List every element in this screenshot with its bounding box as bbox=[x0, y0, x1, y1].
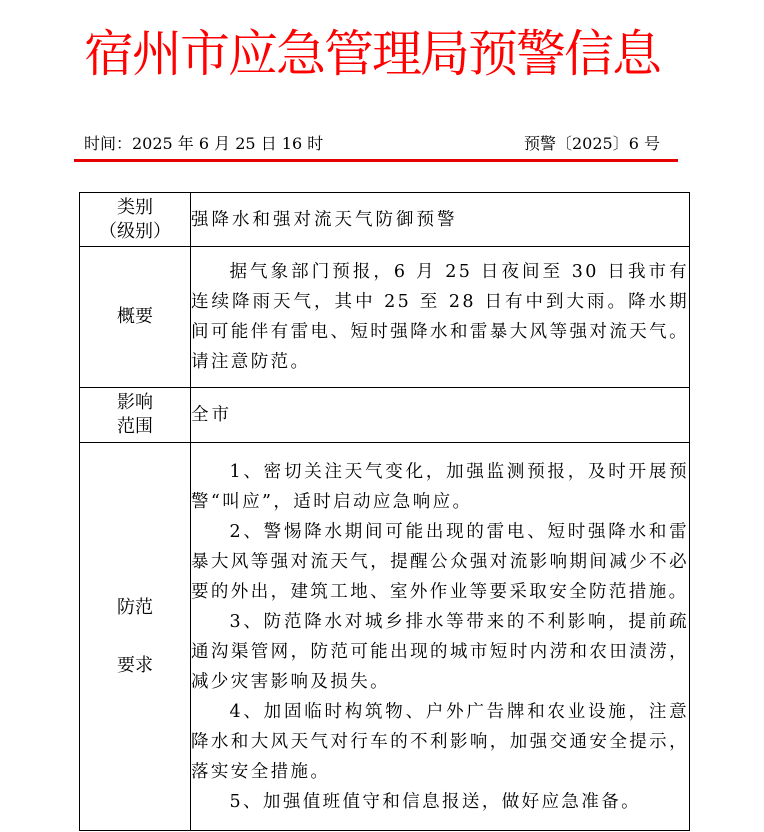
red-divider bbox=[74, 159, 678, 162]
category-value: 强降水和强对流天气防御预警 bbox=[191, 193, 690, 247]
summary-label-line-1: 概要 bbox=[80, 305, 190, 329]
warning-info-table: 类别 （级别） 强降水和强对流天气防御预警 概要 据气象部门预报，6 月 25 … bbox=[79, 192, 690, 831]
table-row-category: 类别 （级别） 强降水和强对流天气防御预警 bbox=[80, 193, 690, 247]
requirement-item-2: 2、警惕降水期间可能出现的雷电、短时强降水和雷暴大风等强对流天气，提醒公众强对流… bbox=[191, 517, 689, 607]
document-title: 宿州市应急管理局预警信息 bbox=[84, 20, 684, 88]
requirement-item-5: 5、加强值班值守和信息报送，做好应急准备。 bbox=[191, 787, 689, 817]
table-row-requirements: 防范 要求 1、密切关注天气变化，加强监测预报，及时开展预警“叫应”，适时启动应… bbox=[80, 443, 690, 831]
scope-label-line-1: 影响 bbox=[80, 391, 190, 415]
table-row-scope: 影响 范围 全市 bbox=[80, 388, 690, 443]
requirement-item-4: 4、加固临时构筑物、户外广告牌和农业设施，注意降水和大风天气对行车的不利影响，加… bbox=[191, 697, 689, 787]
scope-value: 全市 bbox=[191, 388, 690, 443]
summary-paragraph: 据气象部门预报，6 月 25 日夜间至 30 日我市有连续降雨天气，其中 25 … bbox=[191, 257, 689, 377]
issue-time: 时间：2025 年 6 月 25 日 16 时 bbox=[84, 132, 323, 156]
summary-label: 概要 bbox=[80, 247, 191, 388]
issue-number: 预警〔2025〕6 号 bbox=[524, 132, 660, 156]
requirements-label: 防范 要求 bbox=[80, 443, 191, 831]
scope-label: 影响 范围 bbox=[80, 388, 191, 443]
category-label: 类别 （级别） bbox=[80, 193, 191, 247]
label-spacer bbox=[80, 620, 190, 654]
scope-label-line-2: 范围 bbox=[80, 415, 190, 439]
requirements-label-line-2: 要求 bbox=[80, 654, 190, 678]
table-row-summary: 概要 据气象部门预报，6 月 25 日夜间至 30 日我市有连续降雨天气，其中 … bbox=[80, 247, 690, 388]
requirement-item-3: 3、防范降水对城乡排水等带来的不利影响，提前疏通沟渠管网，防范可能出现的城市短时… bbox=[191, 607, 689, 697]
category-label-line-2: （级别） bbox=[80, 220, 190, 244]
requirement-item-1: 1、密切关注天气变化，加强监测预报，及时开展预警“叫应”，适时启动应急响应。 bbox=[191, 457, 689, 517]
requirements-label-line-1: 防范 bbox=[80, 596, 190, 620]
meta-row: 时间：2025 年 6 月 25 日 16 时 预警〔2025〕6 号 bbox=[84, 132, 678, 156]
requirements-value: 1、密切关注天气变化，加强监测预报，及时开展预警“叫应”，适时启动应急响应。 2… bbox=[191, 443, 690, 831]
summary-value: 据气象部门预报，6 月 25 日夜间至 30 日我市有连续降雨天气，其中 25 … bbox=[191, 247, 690, 388]
category-label-line-1: 类别 bbox=[80, 196, 190, 220]
